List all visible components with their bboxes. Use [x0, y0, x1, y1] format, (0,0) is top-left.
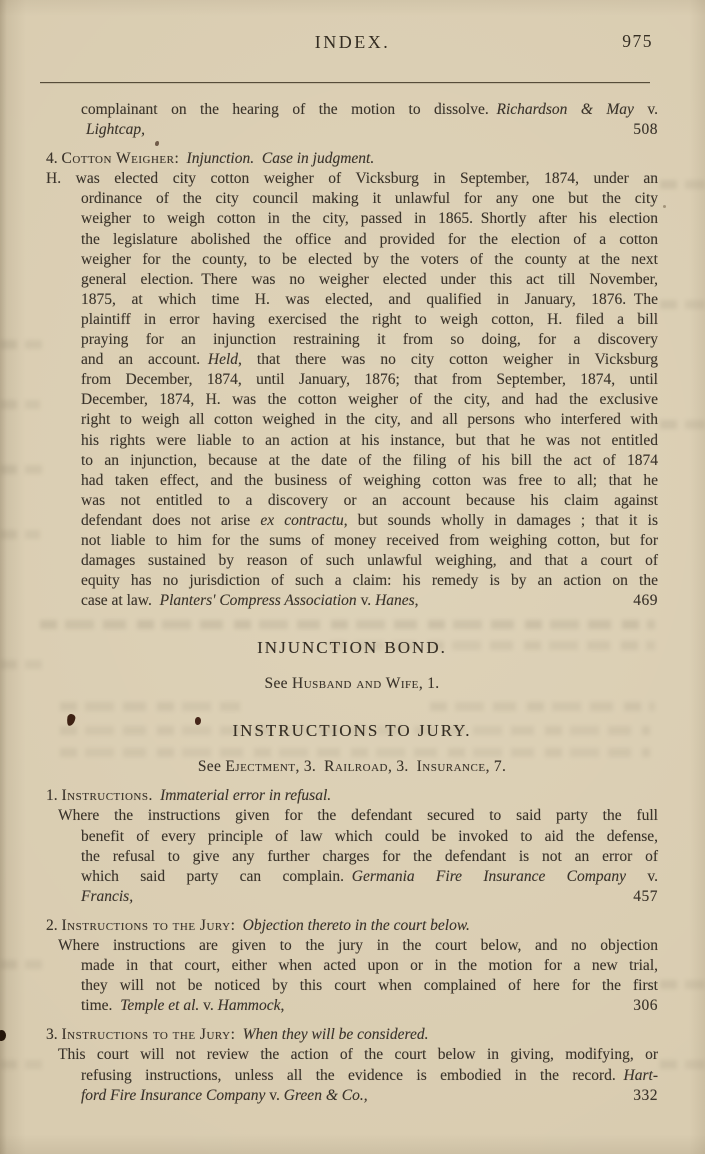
- text-segment: which said party can complain.: [81, 868, 352, 885]
- bleed-through-mark: [0, 400, 40, 409]
- text-segment: :: [231, 917, 243, 934]
- bleed-through-mark: [0, 1060, 42, 1069]
- text-segment: Immaterial error in refusal.: [160, 787, 331, 804]
- text-line: weigher to weigh cotton in the city, pas…: [81, 209, 658, 229]
- text-segment: :: [231, 1026, 243, 1043]
- bleed-through-mark: [660, 180, 705, 189]
- text-segment: 1875, at which time H. was elected, and …: [81, 291, 658, 308]
- text-segment: equity has no jurisdiction of such a cla…: [81, 572, 658, 589]
- text-segment: , 7.: [486, 758, 507, 775]
- index-entry: 2. Instructions to the Jury: Objection t…: [46, 916, 658, 1016]
- text-segment: See: [198, 758, 225, 775]
- text-segment: v.: [634, 101, 658, 118]
- text-segment: made in that court, either when acted up…: [81, 957, 658, 974]
- text-line: not liable to him for the sums of money …: [81, 531, 658, 551]
- section-heading: INSTRUCTIONS TO JURY.: [46, 720, 658, 741]
- page-ref-number: 457: [633, 887, 658, 907]
- text-segment: Instructions to the Jury: [62, 1026, 231, 1043]
- text-line: right to weigh all cotton weighed in the…: [81, 410, 658, 430]
- bleed-through-mark: [0, 465, 42, 474]
- bleed-through-mark: [660, 980, 705, 989]
- text-segment: they will not be noticed by this court w…: [81, 977, 658, 994]
- text-segment: to an injunction, because at the date of…: [81, 452, 658, 469]
- text-segment: See: [265, 675, 292, 692]
- index-entry: 3. Instructions to the Jury: When they w…: [46, 1025, 658, 1105]
- entry-heading: 1. Instructions. Immaterial error in ref…: [46, 786, 658, 806]
- text-segment: , but sounds wholly in damages ; that it…: [344, 512, 658, 529]
- text-line: 457Francis,: [81, 887, 658, 907]
- page-header: INDEX. 975: [0, 0, 705, 56]
- text-segment: Lightcap,: [86, 121, 145, 138]
- text-segment: , 3.: [296, 758, 325, 775]
- text-segment: 2.: [46, 917, 62, 934]
- text-line: December, 1874, H. was the cotton weighe…: [81, 390, 658, 410]
- text-line: plaintiff in error having exercised the …: [81, 310, 658, 330]
- text-segment: complainant on the hearing of the motion…: [81, 101, 496, 118]
- text-segment: damages sustained by reason of such unla…: [81, 552, 658, 569]
- text-segment: Green & Co.,: [284, 1087, 368, 1104]
- text-line: which said party can complain. Germania …: [81, 867, 658, 887]
- text-line: Where instructions are given to the jury…: [58, 936, 658, 956]
- text-line: 469case at law. Planters' Compress Assoc…: [81, 591, 658, 611]
- text-segment: ford Fire Insurance Company: [81, 1087, 265, 1104]
- text-segment: the refusal to give any further charges …: [81, 848, 658, 865]
- text-segment: .: [148, 787, 160, 804]
- text-line: weigher for the county, to be elected by…: [81, 250, 658, 270]
- text-segment: Germania Fire Insurance Company: [352, 868, 626, 885]
- text-segment: his rights were liable to an action at h…: [81, 432, 658, 449]
- text-segment: 4.: [46, 150, 62, 167]
- index-entry: 1. Instructions. Immaterial error in ref…: [46, 786, 658, 907]
- ink-speck: [0, 1030, 6, 1041]
- cross-reference: See Husband and Wife, 1.: [46, 674, 658, 694]
- text-segment: Hanes: [375, 592, 415, 609]
- text-segment: Instructions: [62, 787, 149, 804]
- text-segment: ex contractu: [260, 512, 343, 529]
- text-line: defendant does not arise ex contractu, b…: [81, 511, 658, 531]
- page-ref-number: 469: [633, 591, 658, 611]
- entry-heading: 2. Instructions to the Jury: Objection t…: [46, 916, 658, 936]
- text-line: praying for an injunction restraining it…: [81, 330, 658, 350]
- text-segment: refusing instructions, unless all the ev…: [81, 1067, 624, 1084]
- text-line: H. was elected city cotton weigher of Vi…: [46, 169, 658, 189]
- text-segment: v.: [199, 997, 217, 1014]
- text-line: benefit of every principle of law which …: [81, 827, 658, 847]
- text-line: damages sustained by reason of such unla…: [81, 551, 658, 571]
- text-segment: Held: [208, 351, 238, 368]
- bleed-through-mark: [660, 420, 705, 429]
- text-segment: plaintiff in error having exercised the …: [81, 311, 658, 328]
- index-paragraph: complainant on the hearing of the motion…: [46, 100, 658, 140]
- text-segment: was not entitled to a discovery or an ac…: [81, 492, 658, 509]
- index-content: complainant on the hearing of the motion…: [46, 100, 658, 1106]
- bleed-through-mark: [0, 530, 40, 539]
- text-line: general election. There was no weigher e…: [81, 270, 658, 290]
- text-segment: benefit of every principle of law which …: [81, 828, 658, 845]
- page-ref-number: 306: [633, 996, 658, 1016]
- ink-speck: [663, 205, 666, 208]
- index-entry: 4. Cotton Weigher: Injunction. Case in j…: [46, 149, 658, 611]
- text-segment: Cotton Weigher: [62, 150, 175, 167]
- text-segment: weigher for the county, to be elected by…: [81, 251, 658, 268]
- text-line: was not entitled to a discovery or an ac…: [81, 491, 658, 511]
- text-segment: , 1.: [419, 675, 440, 692]
- page-ref-number: 508: [633, 120, 658, 140]
- bleed-through-mark: [660, 300, 705, 309]
- text-segment: defendant does not arise: [81, 512, 260, 529]
- text-segment: ,: [280, 997, 284, 1014]
- cross-reference: See Ejectment, 3. Railroad, 3. Insurance…: [46, 757, 658, 777]
- text-segment: H. was elected city cotton weigher of Vi…: [46, 170, 658, 187]
- text-segment: ,: [415, 592, 419, 609]
- text-line: his rights were liable to an action at h…: [81, 431, 658, 451]
- text-line: equity has no jurisdiction of such a cla…: [81, 571, 658, 591]
- text-segment: Richardson & May: [496, 101, 633, 118]
- text-line: to an injunction, because at the date of…: [81, 451, 658, 471]
- text-segment: v.: [626, 868, 658, 885]
- text-segment: 3.: [46, 1026, 62, 1043]
- text-segment: , that there was no city cotton weigher …: [238, 351, 658, 368]
- text-segment: Hart-: [624, 1067, 658, 1084]
- text-segment: ordinance of the city council making it …: [81, 190, 658, 207]
- text-line: refusing instructions, unless all the ev…: [81, 1066, 658, 1086]
- text-segment: from December, 1874, until January, 1876…: [81, 371, 658, 388]
- text-line: 332ford Fire Insurance Company v. Green …: [81, 1086, 658, 1106]
- text-segment: had taken effect, and the business of we…: [81, 472, 658, 489]
- text-line: ordinance of the city council making it …: [81, 189, 658, 209]
- text-segment: 1.: [46, 787, 62, 804]
- text-segment: Where the instructions given for the def…: [58, 807, 658, 824]
- text-segment: Hammock: [218, 997, 281, 1014]
- text-segment: the legislature abolished the office and…: [81, 231, 658, 248]
- bleed-through-mark: [0, 960, 42, 969]
- text-segment: Instructions to the Jury: [62, 917, 231, 934]
- text-segment: December, 1874, H. was the cotton weighe…: [81, 391, 658, 408]
- text-line: complainant on the hearing of the motion…: [81, 100, 658, 120]
- bleed-through-mark: [0, 340, 42, 349]
- text-segment: v.: [265, 1087, 283, 1104]
- text-segment: Objection thereto in the court below.: [243, 917, 470, 934]
- text-segment: Ejectment: [225, 758, 295, 775]
- book-page: INDEX. 975 complainant on the hearing of…: [0, 0, 705, 1154]
- bleed-through-mark: [660, 1060, 705, 1069]
- entry-heading: 4. Cotton Weigher: Injunction. Case in j…: [46, 149, 658, 169]
- text-line: the refusal to give any further charges …: [81, 847, 658, 867]
- text-line: This court will not review the action of…: [58, 1045, 658, 1065]
- text-line: had taken effect, and the business of we…: [81, 471, 658, 491]
- text-line: from December, 1874, until January, 1876…: [81, 370, 658, 390]
- page-title: INDEX.: [0, 32, 705, 53]
- text-segment: Insurance: [417, 758, 486, 775]
- text-segment: Francis,: [81, 888, 133, 905]
- text-segment: , 3.: [388, 758, 417, 775]
- text-segment: Planters' Compress Association: [160, 592, 357, 609]
- text-line: they will not be noticed by this court w…: [81, 976, 658, 996]
- text-segment: praying for an injunction restraining it…: [81, 331, 658, 348]
- entry-heading: 3. Instructions to the Jury: When they w…: [46, 1025, 658, 1045]
- text-segment: v.: [357, 592, 375, 609]
- text-segment: time.: [81, 997, 120, 1014]
- text-segment: Temple et al.: [120, 997, 199, 1014]
- text-segment: When they will be considered.: [243, 1026, 429, 1043]
- text-line: 306time. Temple et al. v. Hammock,: [81, 996, 658, 1016]
- text-segment: :: [174, 150, 186, 167]
- text-segment: right to weigh all cotton weighed in the…: [81, 411, 658, 428]
- text-segment: not liable to him for the sums of money …: [81, 532, 658, 549]
- text-segment: Husband and Wife: [292, 675, 419, 692]
- text-segment: Where instructions are given to the jury…: [58, 937, 658, 954]
- text-line: 1875, at which time H. was elected, and …: [81, 290, 658, 310]
- text-line: 508Lightcap,: [86, 120, 658, 140]
- divider-rule: [40, 82, 650, 83]
- text-segment: general election. There was no weigher e…: [81, 271, 658, 288]
- bleed-through-mark: [0, 660, 42, 669]
- section-heading: INJUNCTION BOND.: [46, 637, 658, 658]
- text-segment: Injunction. Case in judgment.: [187, 150, 375, 167]
- text-segment: This court will not review the action of…: [58, 1046, 658, 1063]
- text-segment: case at law.: [81, 592, 160, 609]
- text-segment: Railroad: [324, 758, 388, 775]
- text-line: the legislature abolished the office and…: [81, 230, 658, 250]
- text-line: Where the instructions given for the def…: [58, 806, 658, 826]
- text-segment: weigher to weigh cotton in the city, pas…: [81, 210, 658, 227]
- page-number: 975: [622, 31, 653, 52]
- text-line: and an account. Held, that there was no …: [81, 350, 658, 370]
- text-line: made in that court, either when acted up…: [81, 956, 658, 976]
- page-ref-number: 332: [633, 1086, 658, 1106]
- text-segment: and an account.: [81, 351, 208, 368]
